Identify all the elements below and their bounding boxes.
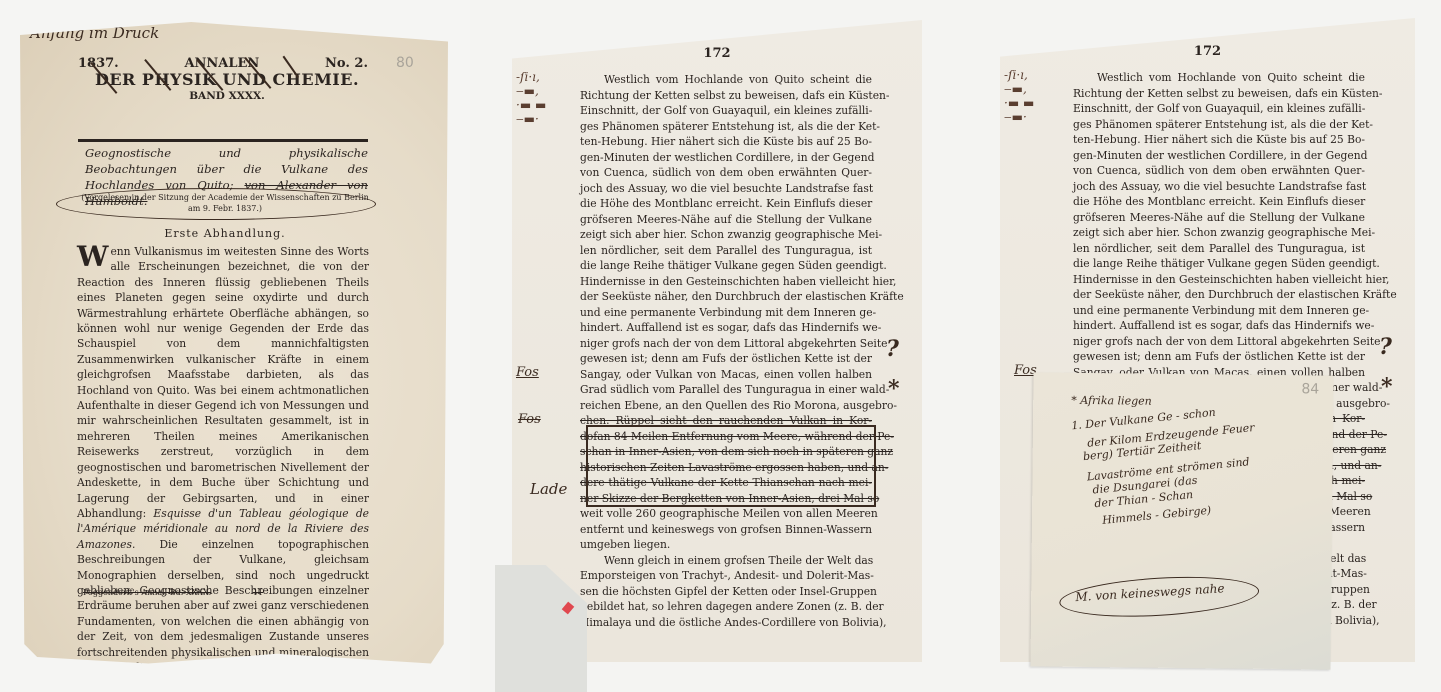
journal-title: DER PHYSIK UND CHEMIE. xyxy=(82,70,372,89)
document-page-2: 172 -ſi·ı,‒▬,·▬ ▬‒▬· Westlich vom Hochla… xyxy=(512,20,922,662)
journal-header: 1837. ANNALEN No. 2. xyxy=(78,56,368,71)
journal-volume: BAND XXXX. xyxy=(82,90,372,102)
footer-citation: Poggendorff's Annal. Bd. XXXX. xyxy=(83,588,211,597)
question-mark: ? xyxy=(886,336,899,362)
header-journal: ANNALEN xyxy=(184,56,259,71)
article-note: (Vorgelesen in der Sitzung der Academie … xyxy=(80,192,370,214)
asterisk-mark: * xyxy=(1381,374,1393,400)
header-issue: No. 2. xyxy=(325,56,368,71)
footer-signature: 11 xyxy=(253,588,263,597)
pencil-page-number: 80 xyxy=(396,55,414,71)
section-heading: Erste Abhandlung. xyxy=(150,227,300,240)
pasted-handwritten-note: 84 * Afrika liegen 1. Der Vulkane Ge - s… xyxy=(1030,372,1333,669)
page-footer: Poggendorff's Annal. Bd. XXXX. 11 xyxy=(83,588,373,597)
asterisk-mark: * xyxy=(888,376,900,402)
document-page-1: Anfang im Druck 80 1837. ANNALEN No. 2. … xyxy=(20,22,448,670)
blotted-margin-note: -ſi·ı,‒▬,·▬ ▬‒▬· xyxy=(1004,68,1034,124)
body-text-page-1: Wenn Vulkanismus im weitesten Sinne des … xyxy=(77,244,369,691)
header-year: 1837. xyxy=(78,56,119,71)
drop-cap: W xyxy=(77,244,108,270)
margin-note-3: Lade xyxy=(530,480,567,498)
blotted-margin-note: -ſi·ı,‒▬,·▬ ▬‒▬· xyxy=(516,70,546,126)
body-text-page-2: Westlich vom Hochlande von Quito scheint… xyxy=(580,72,872,630)
note-line: * Afrika liegen xyxy=(1071,393,1152,409)
margin-note-1: Fos xyxy=(516,365,539,380)
margin-note-2: Fos xyxy=(518,412,541,427)
pencil-folio-number: 84 xyxy=(1301,381,1319,397)
header-rule xyxy=(78,139,368,142)
struck-passage: chen. Rüppel sieht den rauchenden Vulkan… xyxy=(580,413,872,506)
question-mark: ? xyxy=(1379,334,1392,360)
